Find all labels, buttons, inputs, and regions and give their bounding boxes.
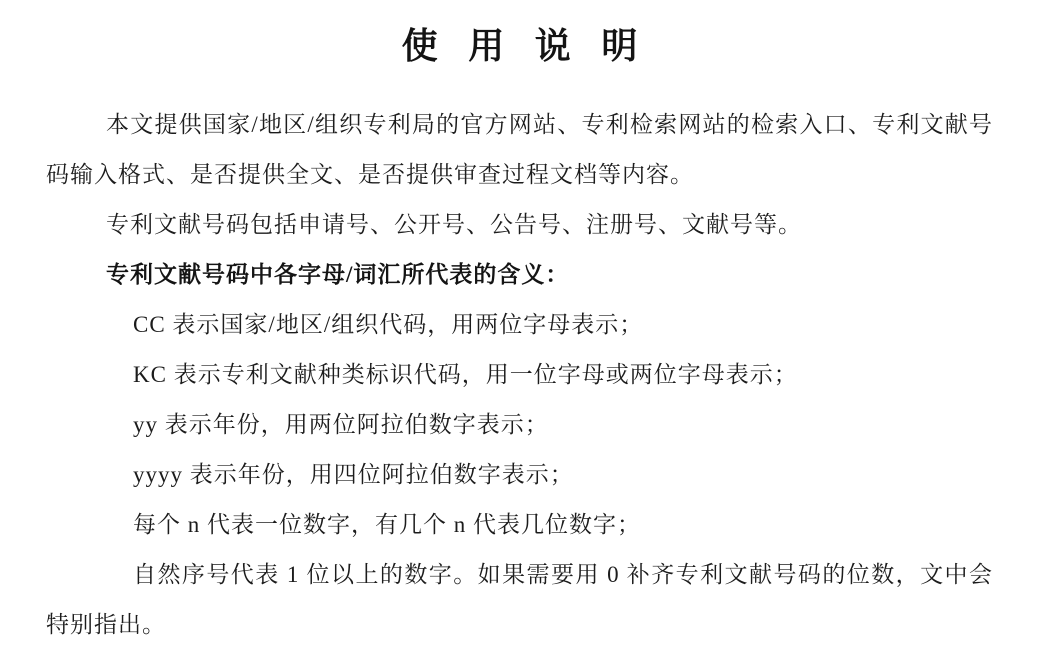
document-body: 本文提供国家/地区/组织专利局的官方网站、专利检索网站的检索入口、专利文献号码输… bbox=[46, 100, 993, 650]
paragraph: 自然序号代表 1 位以上的数字。如果需要用 0 补齐专利文献号码的位数，文中会特… bbox=[46, 550, 993, 650]
section-heading: 专利文献号码中各字母/词汇所代表的含义： bbox=[46, 250, 993, 300]
paragraph: yyyy 表示年份，用四位阿拉伯数字表示； bbox=[46, 450, 993, 500]
paragraph: yy 表示年份，用两位阿拉伯数字表示； bbox=[46, 400, 993, 450]
document-page: 使用说明 本文提供国家/地区/组织专利局的官方网站、专利检索网站的检索入口、专利… bbox=[0, 0, 1057, 658]
paragraph: CC 表示国家/地区/组织代码，用两位字母表示； bbox=[46, 300, 993, 350]
paragraph: 每个 n 代表一位数字，有几个 n 代表几位数字； bbox=[46, 500, 993, 550]
paragraph: 专利文献号码包括申请号、公开号、公告号、注册号、文献号等。 bbox=[46, 200, 993, 250]
paragraph: KC 表示专利文献种类标识代码，用一位字母或两位字母表示； bbox=[46, 350, 993, 400]
paragraph: 本文提供国家/地区/组织专利局的官方网站、专利检索网站的检索入口、专利文献号码输… bbox=[46, 100, 993, 200]
document-title: 使用说明 bbox=[46, 14, 993, 78]
